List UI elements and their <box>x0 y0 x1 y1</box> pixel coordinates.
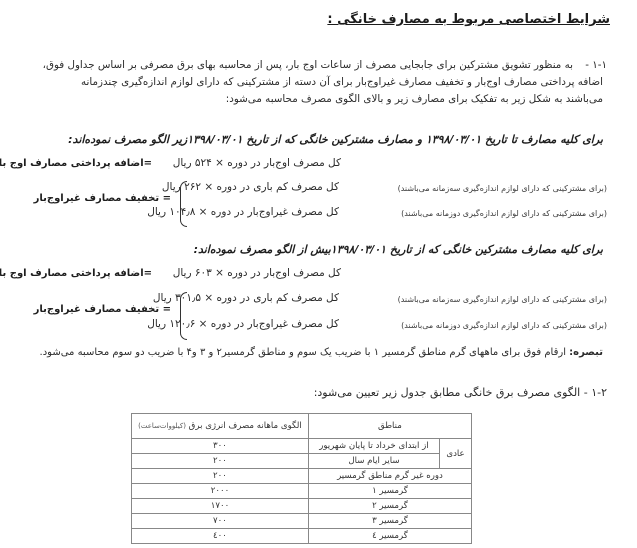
table-header-row: مناطق الگوی ماهانه مصرف انرژی برق (کیلوو… <box>132 414 472 439</box>
value-cell: ٤۰۰ <box>132 529 309 544</box>
block-2-peak-formula: کل مصرف اوج‌بار در دوره × ۶۰۳ ریال <box>173 267 341 279</box>
table-row: گرمسیر ٤ ٤۰۰ <box>132 529 472 544</box>
region-cell: سایر ایام سال <box>308 454 439 469</box>
table-row: دوره غیر گرم مناطق گرمسیر ۲۰۰ <box>132 469 472 484</box>
block-1-offpeak-label: = تخفیف مصارف غیراوج‌بار <box>34 193 171 204</box>
block-2-peak-label: =اضافه پرداختی مصارف اوج بار <box>0 268 152 279</box>
value-cell: ۱۷۰۰ <box>132 499 309 514</box>
page-title: شرایط اختصاصی مربوط به مصارف خانگی : <box>327 12 610 27</box>
paragraph-line-1: به منظور تشویق مشترکین برای جابجایی مصرف… <box>43 57 573 74</box>
region-cell: گرمسیر ٤ <box>308 529 471 544</box>
table-row: عادی از ابتدای خرداد تا پایان شهریور ۳۰۰ <box>132 439 472 454</box>
block-1-offpeak-formula-2: کل مصرف غیراوج‌بار در دوره × ۱۰۴٫۸ ریال <box>147 206 339 218</box>
region-cell: دوره غیر گرم مناطق گرمسیر <box>308 469 471 484</box>
header-region: مناطق <box>308 414 471 439</box>
block-2-offpeak-formula-1: کل مصرف کم باری در دوره × ۳۰۱٫۵ ریال <box>153 292 339 304</box>
value-cell: ۳۰۰ <box>132 439 309 454</box>
block-2-offpeak-note-2: (برای مشترکینی که دارای لوازم اندازه‌گیر… <box>401 321 607 330</box>
block-1-heading: برای کلیه مصارف تا تاریخ ۱۳۹۸/۰۳/۰۱ و مص… <box>68 133 603 146</box>
tabsara-label: تبصره: <box>569 347 603 358</box>
paragraph-line-3: می‌باشند به شکل زیر به تفکیک برای مصارف … <box>226 91 603 108</box>
tabsara-text: ارقام فوق برای ماههای گرم مناطق گرمسیر ۱… <box>40 347 570 358</box>
value-cell: ۲۰۰ <box>132 454 309 469</box>
block-1-offpeak-note-2: (برای مشترکینی که دارای لوازم اندازه‌گیر… <box>401 209 607 218</box>
region-cell: گرمسیر ۲ <box>308 499 471 514</box>
value-cell: ۷۰۰ <box>132 514 309 529</box>
block-2-offpeak-note-1: (برای مشترکینی که دارای لوازم اندازه‌گیر… <box>398 295 607 304</box>
block-1-offpeak-note-1: (برای مشترکینی که دارای لوازم اندازه‌گیر… <box>398 184 607 193</box>
block-2-heading: برای کلیه مصارف مشترکین خانگی که از تاری… <box>194 243 603 256</box>
region-cell: گرمسیر ۱ <box>308 484 471 499</box>
header-pattern: الگوی ماهانه مصرف انرژی برق (کیلووات‌ساع… <box>132 414 309 439</box>
table-row: گرمسیر ۳ ۷۰۰ <box>132 514 472 529</box>
section-number: ۱-۱ - <box>585 57 607 74</box>
block-2-offpeak-formula-2: کل مصرف غیراوج‌بار در دوره × ۱۲۰٫۶ ریال <box>147 318 339 330</box>
block-2-offpeak-label: = تخفیف مصارف غیراوج‌بار <box>34 304 171 315</box>
paragraph-line-2: اضافه پرداختی مصارف اوج‌بار و تخفیف مصار… <box>81 74 603 91</box>
region-cell: از ابتدای خرداد تا پایان شهریور <box>308 439 439 454</box>
consumption-pattern-table: مناطق الگوی ماهانه مصرف انرژی برق (کیلوو… <box>131 413 472 544</box>
table-row: گرمسیر ۲ ۱۷۰۰ <box>132 499 472 514</box>
table-row: سایر ایام سال ۲۰۰ <box>132 454 472 469</box>
block-1-peak-formula: کل مصرف اوج‌بار در دوره × ۵۲۴ ریال <box>173 157 341 169</box>
tabsara-note: تبصره: ارقام فوق برای ماههای گرم مناطق گ… <box>40 347 603 358</box>
header-unit: (کیلووات‌ساعت) <box>138 422 186 430</box>
normal-label: عادی <box>440 439 472 469</box>
table-row: گرمسیر ۱ ۲۰۰۰ <box>132 484 472 499</box>
block-1-peak-label: =اضافه پرداختی مصارف اوج بار <box>0 158 152 169</box>
block-1-offpeak-formula-1: کل مصرف کم باری در دوره × ۲۶۲ ریال <box>162 181 339 193</box>
section-1-2-heading: ۱-۲ - الگوی مصرف برق خانگی مطابق جدول زی… <box>314 386 607 399</box>
value-cell: ۲۰۰۰ <box>132 484 309 499</box>
value-cell: ۲۰۰ <box>132 469 309 484</box>
region-cell: گرمسیر ۳ <box>308 514 471 529</box>
